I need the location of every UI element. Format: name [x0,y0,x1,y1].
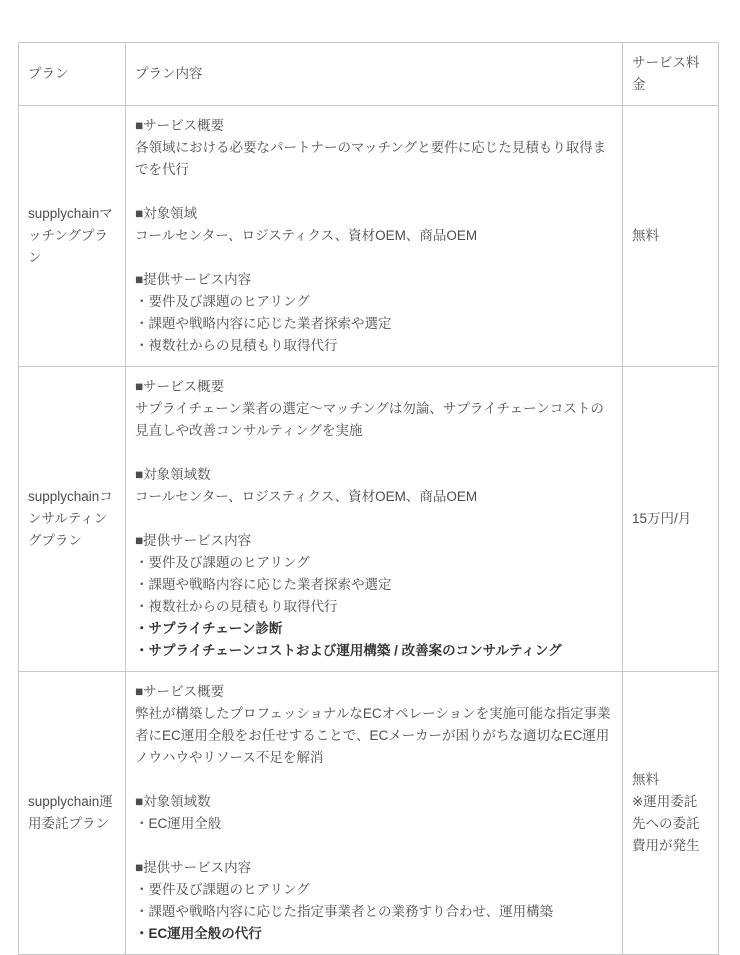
section-line: コールセンター、ロジスティクス、資材OEM、商品OEM [135,486,613,508]
plan-content-section: ■サービス概要サプライチェーン業者の選定～マッチングは勿論、サプライチェーンコス… [135,376,613,442]
plan-content-section: ■対象領域数コールセンター、ロジスティクス、資材OEM、商品OEM [135,464,613,508]
table-header-row: プラン プラン内容 サービス料金 [19,43,719,106]
plan-name: supplychainマッチングプラン [28,203,116,269]
section-line: ・サプライチェーン診断 [135,618,613,640]
section-line: ・課題や戦略内容に応じた業者探索や選定 [135,574,613,596]
section-line: サプライチェーン業者の選定～マッチングは勿論、サプライチェーンコストの見直しや改… [135,398,613,442]
section-line: 各領域における必要なパートナーのマッチングと要件に応じた見積もり取得までを代行 [135,137,613,181]
section-title: ■対象領域 [135,203,613,225]
section-line: コールセンター、ロジスティクス、資材OEM、商品OEM [135,225,613,247]
section-title: ■対象領域数 [135,464,613,486]
table-row: supplychainマッチングプラン■サービス概要各領域における必要なパートナ… [19,106,719,367]
plan-pricing-table: プラン プラン内容 サービス料金 supplychainマッチングプラン■サービ… [18,42,719,955]
header-cell-content: プラン内容 [126,43,623,106]
section-line: ・複数社からの見積もり取得代行 [135,596,613,618]
plan-name-cell: supplychainコンサルティングプラン [19,367,126,672]
section-title: ■提供サービス内容 [135,530,613,552]
plan-content-section: ■対象領域コールセンター、ロジスティクス、資材OEM、商品OEM [135,203,613,247]
section-line: ・要件及び課題のヒアリング [135,291,613,313]
plan-content-section: ■提供サービス内容・要件及び課題のヒアリング・課題や戦略内容に応じた指定事業者と… [135,857,613,945]
section-line: ・複数社からの見積もり取得代行 [135,335,613,357]
fee-line: 無料 [632,225,709,247]
section-line: ・EC運用全般の代行 [135,923,613,945]
plan-table-body: プラン プラン内容 サービス料金 supplychainマッチングプラン■サービ… [19,43,719,955]
plan-name: supplychain運用委託プラン [28,791,116,835]
section-title: ■対象領域数 [135,791,613,813]
section-line: ・EC運用全般 [135,813,613,835]
plan-content-section: ■サービス概要弊社が構築したプロフェッショナルなECオペレーションを実施可能な指… [135,681,613,769]
plan-name-cell: supplychainマッチングプラン [19,106,126,367]
plan-name: supplychainコンサルティングプラン [28,486,116,552]
plan-content-cell: ■サービス概要サプライチェーン業者の選定～マッチングは勿論、サプライチェーンコス… [126,367,623,672]
service-fee-cell: 無料※運用委託先への委託費用が発生 [623,672,719,955]
document-page: プラン プラン内容 サービス料金 supplychainマッチングプラン■サービ… [0,0,740,927]
fee-line: ※運用委託先への委託費用が発生 [632,791,709,857]
service-fee-cell: 無料 [623,106,719,367]
section-line: ・要件及び課題のヒアリング [135,879,613,901]
plan-name-cell: supplychain運用委託プラン [19,672,126,955]
section-line: ・課題や戦略内容に応じた業者探索や選定 [135,313,613,335]
plan-content-section: ■提供サービス内容・要件及び課題のヒアリング・課題や戦略内容に応じた業者探索や選… [135,269,613,357]
section-title: ■提供サービス内容 [135,269,613,291]
plan-content-section: ■サービス概要各領域における必要なパートナーのマッチングと要件に応じた見積もり取… [135,115,613,181]
section-line: ・要件及び課題のヒアリング [135,552,613,574]
section-title: ■提供サービス内容 [135,857,613,879]
section-line: ・サプライチェーンコストおよび運用構築 / 改善案のコンサルティング [135,640,613,662]
header-cell-plan: プラン [19,43,126,106]
section-title: ■サービス概要 [135,115,613,137]
service-fee-cell: 15万円/月 [623,367,719,672]
fee-line: 15万円/月 [632,508,709,530]
plan-content-cell: ■サービス概要各領域における必要なパートナーのマッチングと要件に応じた見積もり取… [126,106,623,367]
section-title: ■サービス概要 [135,376,613,398]
section-line: ・課題や戦略内容に応じた指定事業者との業務すり合わせ、運用構築 [135,901,613,923]
fee-line: 無料 [632,769,709,791]
table-row: supplychain運用委託プラン■サービス概要弊社が構築したプロフェッショナ… [19,672,719,955]
section-line: 弊社が構築したプロフェッショナルなECオペレーションを実施可能な指定事業者にEC… [135,703,613,769]
plan-content-section: ■対象領域数・EC運用全般 [135,791,613,835]
table-row: supplychainコンサルティングプラン■サービス概要サプライチェーン業者の… [19,367,719,672]
plan-content-section: ■提供サービス内容・要件及び課題のヒアリング・課題や戦略内容に応じた業者探索や選… [135,530,613,662]
section-title: ■サービス概要 [135,681,613,703]
plan-content-cell: ■サービス概要弊社が構築したプロフェッショナルなECオペレーションを実施可能な指… [126,672,623,955]
header-cell-fee: サービス料金 [623,43,719,106]
